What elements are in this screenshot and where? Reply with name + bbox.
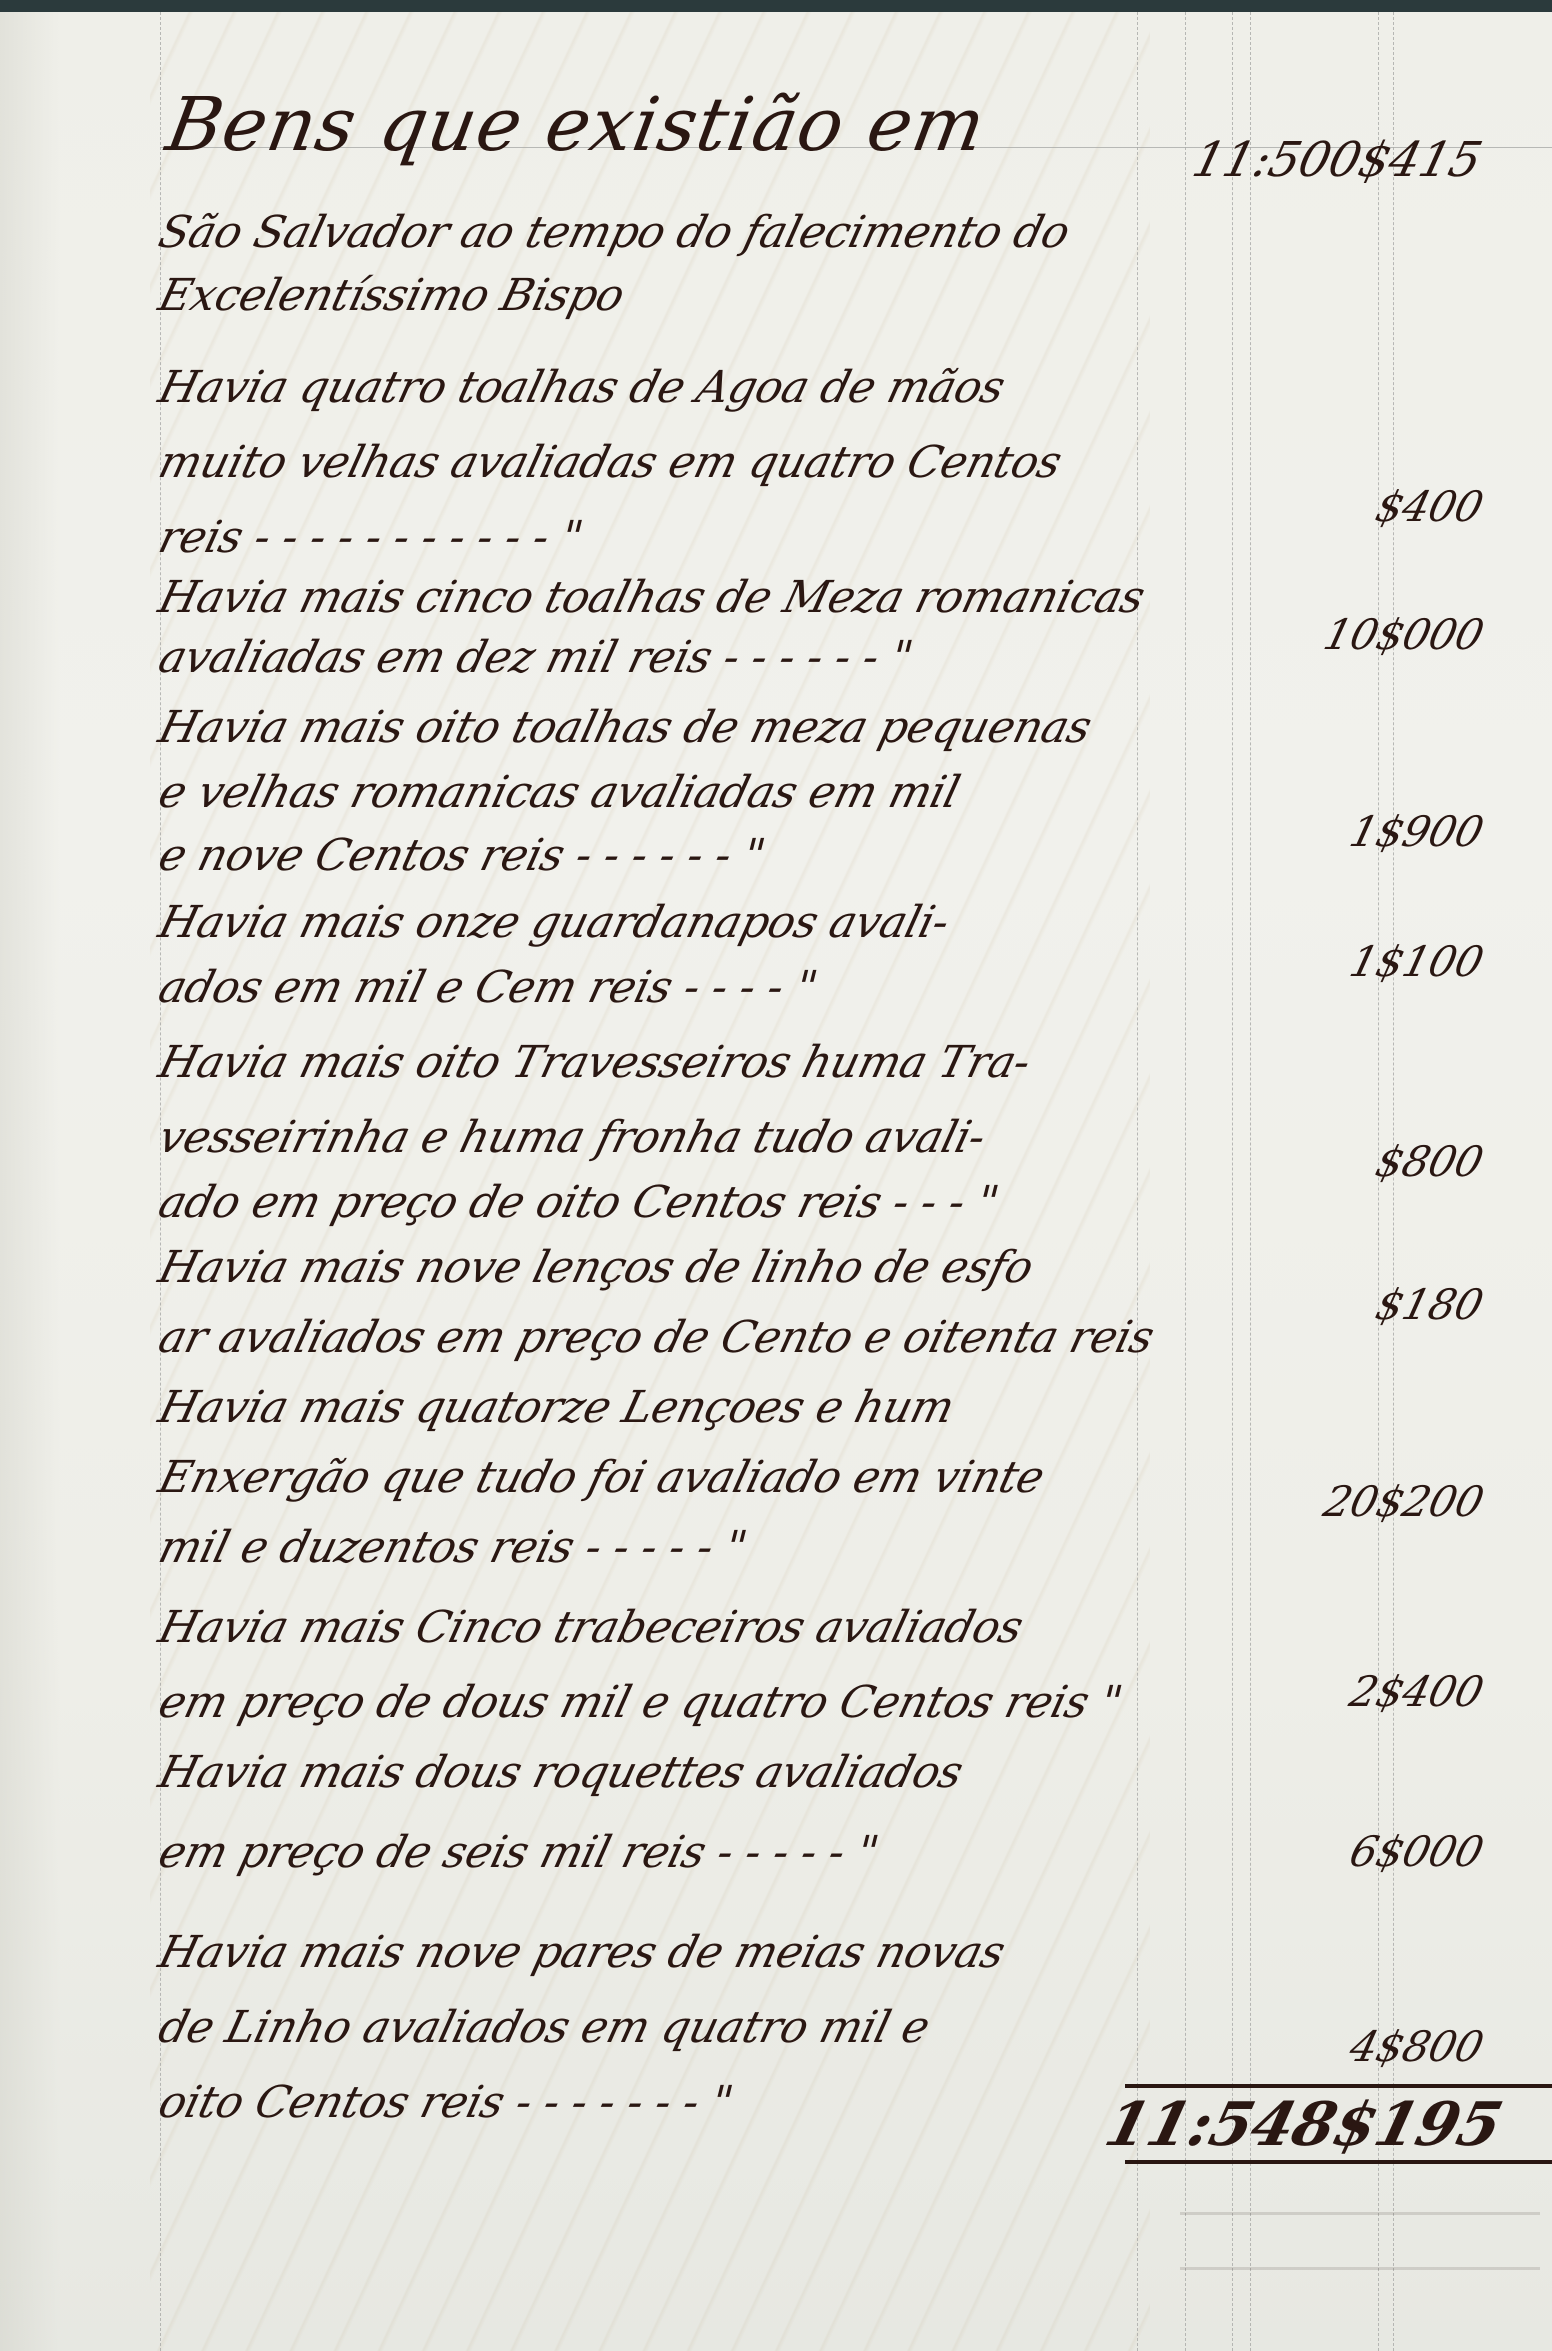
entry-amount: $400	[1371, 482, 1488, 531]
entry-line: avaliadas em dez mil reis - - - - - - "	[154, 632, 918, 683]
entry-line: reis - - - - - - - - - - - "	[154, 512, 588, 563]
column-rule	[1185, 12, 1186, 2351]
column-rule	[1250, 12, 1251, 2351]
total-top-rule	[1125, 2084, 1552, 2088]
page-heading: Bens que existião em	[160, 82, 992, 168]
entry-line: em preço de seis mil reis - - - - - "	[154, 1827, 884, 1878]
bleed-through-rule	[1180, 2267, 1540, 2270]
entry-line: ado em preço de oito Centos reis - - - "	[154, 1177, 1004, 1228]
margin-rule	[160, 12, 161, 2351]
entry-line: Havia mais nove pares de meias novas	[154, 1927, 1010, 1978]
entry-line: Enxergão que tudo foi avaliado em vinte	[154, 1452, 1050, 1503]
bleed-through-rule	[1180, 2212, 1540, 2215]
entry-line: Havia mais quatorze Lençoes e hum	[154, 1382, 959, 1433]
column-rule	[1137, 12, 1138, 2351]
grand-total: 11:548$195	[1098, 2090, 1508, 2160]
entry-line: ar avaliados em preço de Cento e oitenta…	[154, 1312, 1159, 1363]
entry-amount: $180	[1371, 1280, 1488, 1329]
entry-amount: 20$200	[1319, 1477, 1489, 1526]
intro-line: Excelentíssimo Bispo	[154, 270, 630, 321]
entry-amount: 1$900	[1345, 807, 1488, 856]
entry-line: oito Centos reis - - - - - - - "	[154, 2077, 738, 2128]
entry-amount: 10$000	[1319, 610, 1489, 659]
entry-line: Havia mais dous roquettes avaliados	[154, 1747, 968, 1798]
entry-line: mil e duzentos reis - - - - - "	[154, 1522, 752, 1573]
entry-amount: 6$000	[1345, 1827, 1488, 1876]
total-bottom-rule	[1125, 2160, 1552, 2164]
entry-line: muito velhas avaliadas em quatro Centos	[154, 437, 1067, 488]
entry-line: de Linho avaliados em quatro mil e	[154, 2002, 935, 2053]
entry-line: Havia mais cinco toalhas de Meza romanic…	[154, 572, 1150, 623]
manuscript-page: Bens que existião em 11:500$415 São Salv…	[0, 12, 1552, 2351]
column-rule	[1232, 12, 1233, 2351]
entry-line: em preço de dous mil e quatro Centos rei…	[154, 1677, 1128, 1728]
entry-line: Havia mais oito toalhas de meza pequenas	[154, 702, 1097, 753]
carried-forward-amount: 11:500$415	[1187, 132, 1487, 188]
entry-line: ados em mil e Cem reis - - - - "	[154, 962, 823, 1013]
entry-line: Havia mais onze guardanapos avali-	[154, 897, 954, 948]
entry-amount: 4$800	[1345, 2022, 1488, 2071]
entry-line: vesseirinha e huma fronha tudo avali-	[154, 1112, 991, 1163]
entry-line: Havia quatro toalhas de Agoa de mãos	[154, 362, 1010, 413]
page-edge-shading	[0, 12, 60, 2351]
entry-line: Havia mais oito Travesseiros huma Tra-	[154, 1037, 1036, 1088]
entry-line: Havia mais Cinco trabeceiros avaliados	[154, 1602, 1028, 1653]
entry-line: e velhas romanicas avaliadas em mil	[154, 767, 965, 818]
intro-line: São Salvador ao tempo do falecimento do	[154, 207, 1075, 258]
entry-amount: $800	[1371, 1137, 1488, 1186]
entry-line: e nove Centos reis - - - - - - "	[154, 830, 770, 881]
entry-amount: 1$100	[1345, 937, 1488, 986]
entry-line: Havia mais nove lenços de linho de esfo	[154, 1242, 1038, 1293]
entry-amount: 2$400	[1345, 1667, 1488, 1716]
